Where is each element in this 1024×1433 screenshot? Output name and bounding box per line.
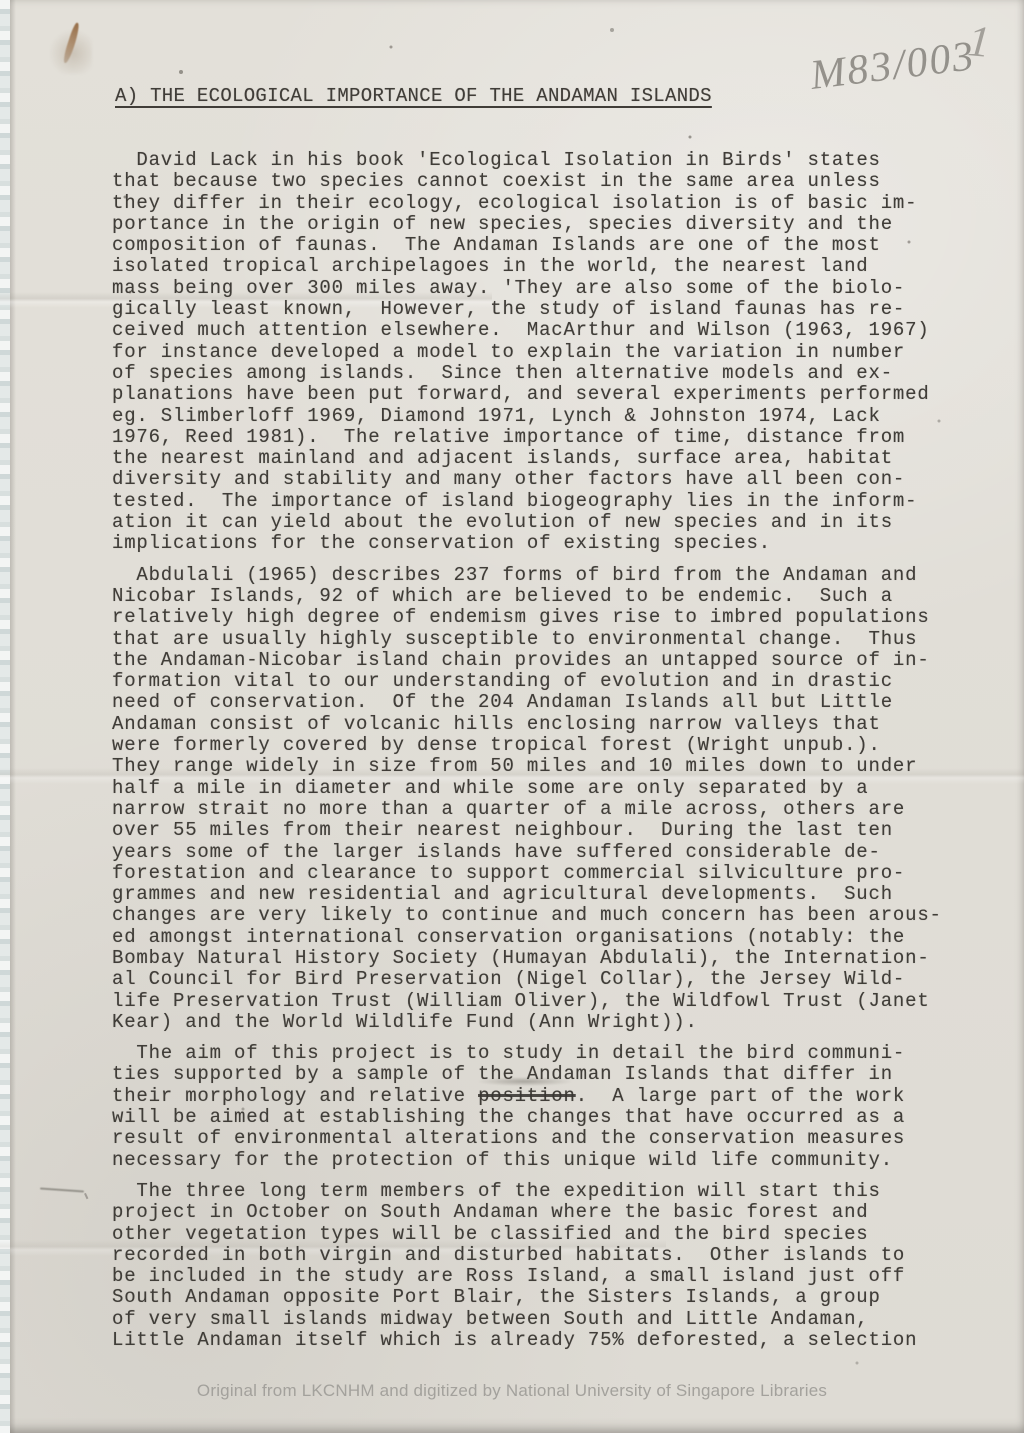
pencil-margin-mark [40,1184,92,1198]
digitization-footer: Original from LKCNHM and digitized by Na… [0,1381,1024,1401]
paper-left-edge-shadow [10,0,16,1433]
paragraph-ecological-isolation: David Lack in his book 'Ecological Isola… [112,150,982,555]
paragraph-endemism-deforestation: Abdulali (1965) describes 237 forms of b… [112,565,982,1034]
scanner-edge-strip [0,0,10,1433]
handwritten-page-number: 1 [966,15,992,68]
paper-specks [0,0,2,2]
document-title: A) THE ECOLOGICAL IMPORTANCE OF THE ANDA… [115,85,712,107]
rust-staple-stain [50,20,92,74]
overstruck-word: position [478,1085,576,1107]
paragraph-project-aim: The aim of this project is to study in d… [112,1043,982,1171]
paragraph-expedition-plan: The three long term members of the exped… [112,1181,982,1351]
document-body: David Lack in his book 'Ecological Isola… [112,150,982,1361]
handwritten-catalog-code: M83/003 [808,32,978,100]
scanned-document-page: M83/003 1 A) THE ECOLOGICAL IMPORTANCE O… [0,0,1024,1433]
